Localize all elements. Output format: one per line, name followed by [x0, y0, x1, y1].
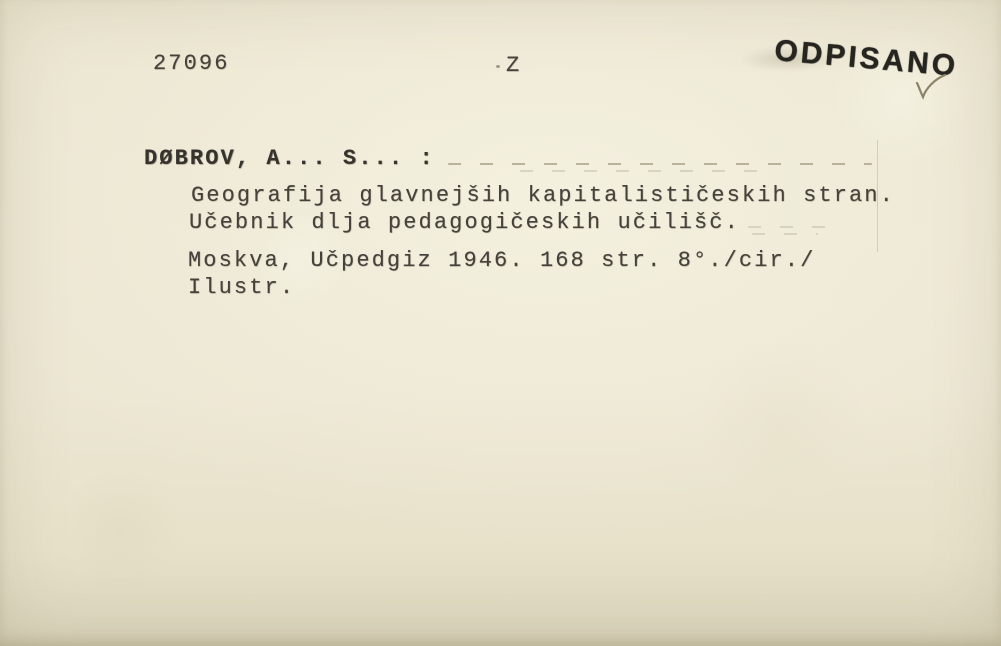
title-line-1: Geografija glavnejših kapitalističeskih …: [191, 182, 895, 209]
author-heading: DØBROV, A... S... :: [144, 145, 435, 172]
erased-dashes: [520, 170, 760, 172]
pencil-checkmark-icon: [913, 73, 957, 103]
paper-crease: [877, 140, 878, 252]
section-letter: Z: [506, 52, 521, 79]
erased-dashes: [448, 163, 872, 165]
ink-speck: [496, 65, 500, 68]
imprint-line-2: Ilustr.: [188, 274, 295, 301]
title-line-2: Učebnik dlja pedagogičeskih učilišč.: [189, 209, 740, 236]
catalog-number: 27096: [153, 50, 230, 77]
erased-dashes: [752, 233, 818, 235]
erased-dashes: [748, 226, 832, 228]
catalog-card: 27096 Z ODPISANO DØBROV, A... S... : Geo…: [0, 0, 1001, 646]
imprint-line-1: Moskva, Učpedgiz 1946. 168 str. 8°./cir.…: [188, 247, 815, 274]
